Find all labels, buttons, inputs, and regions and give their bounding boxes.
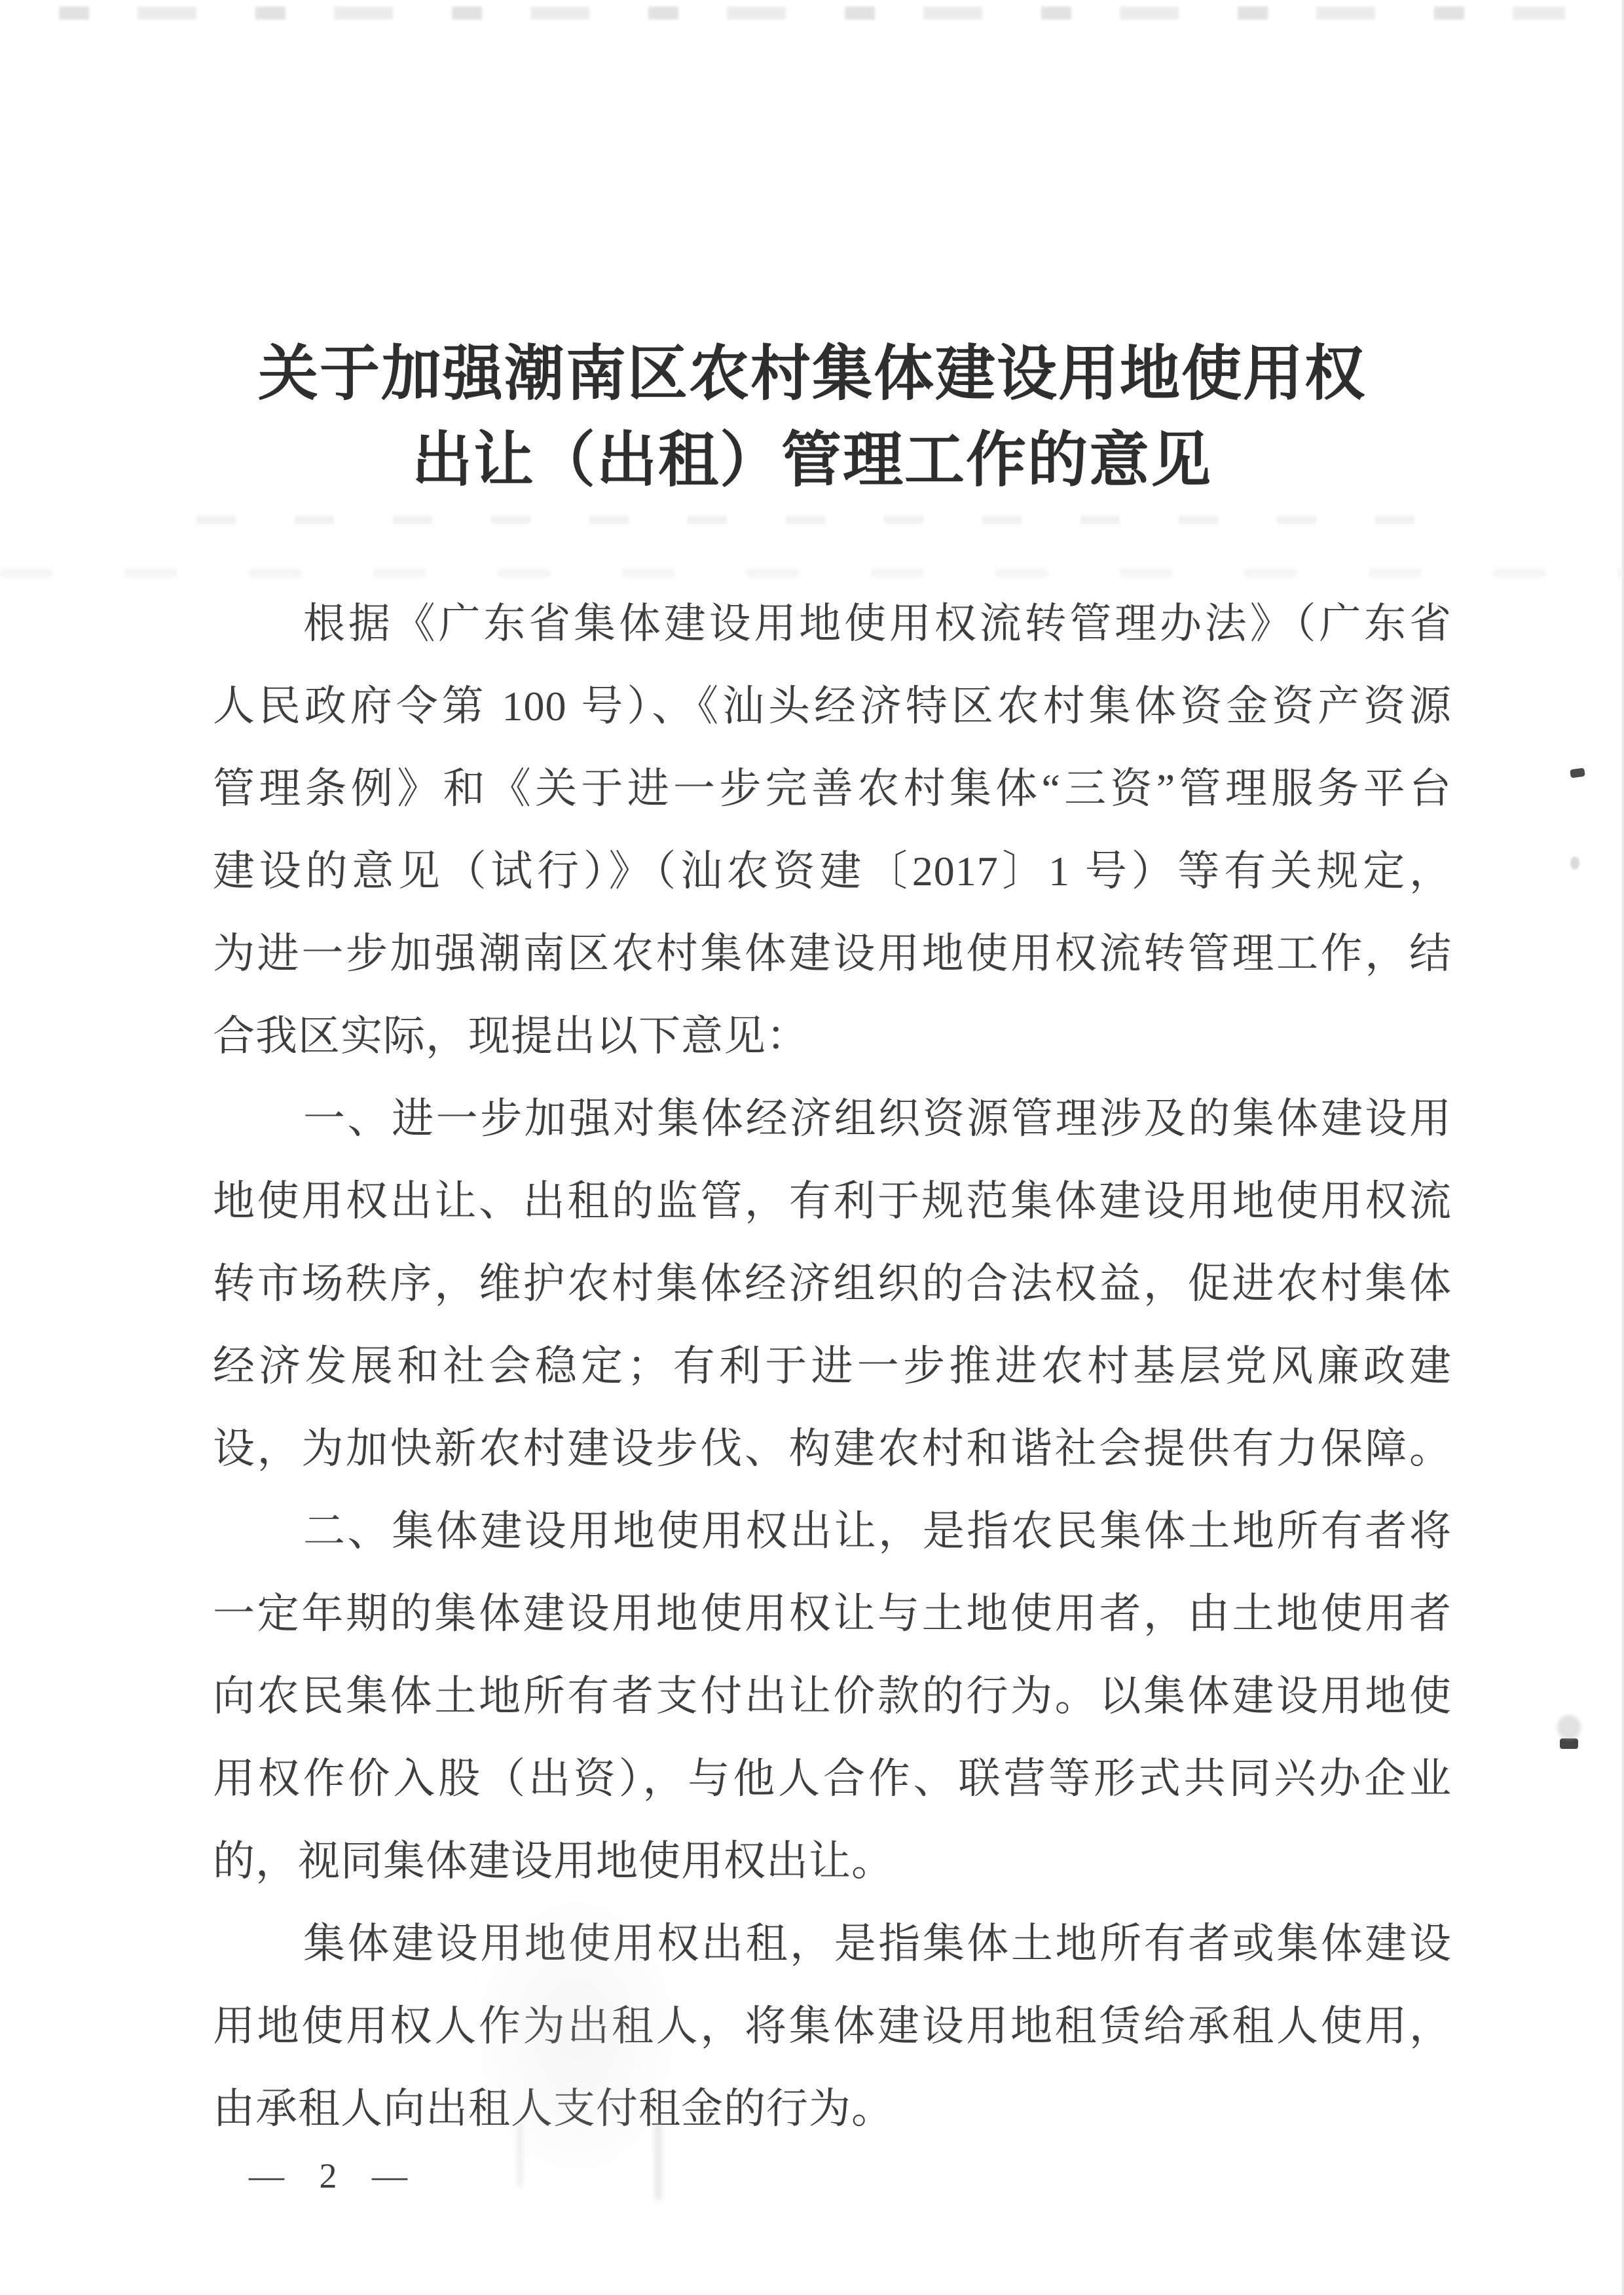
ink-smudge bbox=[1570, 856, 1579, 870]
body-line: 用地使用权人作为出租人，将集体建设用地租赁给承租人使用， bbox=[213, 1985, 1452, 2068]
body-line: 由承租人向出租人支付租金的行为。 bbox=[213, 2068, 1452, 2150]
ink-smudge bbox=[1560, 1738, 1578, 1749]
body-line: 合我区实际，现提出以下意见： bbox=[213, 995, 1452, 1078]
body-line: 二、集体建设用地使用权出让，是指农民集体土地所有者将 bbox=[213, 1490, 1452, 1573]
ink-smudge bbox=[1570, 768, 1585, 779]
document-body: 根据《广东省集体建设用地使用权流转管理办法》（广东省人民政府令第 100 号）、… bbox=[213, 583, 1452, 2150]
body-line: 转市场秩序，维护农村集体经济组织的合法权益，促进农村集体 bbox=[213, 1243, 1452, 1325]
scan-shadow bbox=[458, 1873, 694, 2200]
body-line: 的，视同集体建设用地使用权出让。 bbox=[213, 1820, 1452, 1903]
title-line-2: 出让（出租）管理工作的意见 bbox=[0, 417, 1624, 504]
body-line: 根据《广东省集体建设用地使用权流转管理办法》（广东省 bbox=[213, 583, 1452, 665]
body-line: 用权作价入股（出资），与他人合作、联营等形式共同兴办企业 bbox=[213, 1738, 1452, 1820]
body-line: 建设的意见（试行）》（汕农资建〔2017〕1 号）等有关规定， bbox=[213, 830, 1452, 913]
body-line: 管理条例》和《关于进一步完善农村集体“三资”管理服务平台 bbox=[213, 748, 1452, 830]
body-line: 地使用权出让、出租的监管，有利于规范集体建设用地使用权流 bbox=[213, 1160, 1452, 1243]
body-line: 一定年期的集体建设用地使用权让与土地使用者，由土地使用者 bbox=[213, 1573, 1452, 1655]
body-line: 为进一步加强潮南区农村集体建设用地使用权流转管理工作，结 bbox=[213, 913, 1452, 995]
body-line: 一、进一步加强对集体经济组织资源管理涉及的集体建设用 bbox=[213, 1078, 1452, 1160]
scan-artifact-top-streak bbox=[59, 7, 1565, 20]
document-title: 关于加强潮南区农村集体建设用地使用权 出让（出租）管理工作的意见 bbox=[0, 331, 1624, 504]
body-line: 设，为加快新农村建设步伐、构建农村和谐社会提供有力保障。 bbox=[213, 1408, 1452, 1490]
body-line: 向农民集体土地所有者支付出让价款的行为。以集体建设用地使 bbox=[213, 1655, 1452, 1738]
page-number: — 2 — bbox=[249, 2156, 420, 2196]
document-page: 关于加强潮南区农村集体建设用地使用权 出让（出租）管理工作的意见 根据《广东省集… bbox=[0, 0, 1624, 2295]
title-line-1: 关于加强潮南区农村集体建设用地使用权 bbox=[0, 331, 1624, 417]
scan-artifact-band bbox=[196, 516, 1473, 524]
body-line: 经济发展和社会稳定；有利于进一步推进农村基层党风廉政建 bbox=[213, 1325, 1452, 1408]
scan-artifact-band bbox=[0, 568, 1624, 578]
body-line: 人民政府令第 100 号）、《汕头经济特区农村集体资金资产资源 bbox=[213, 665, 1452, 748]
body-line: 集体建设用地使用权出租，是指集体土地所有者或集体建设 bbox=[213, 1903, 1452, 1985]
